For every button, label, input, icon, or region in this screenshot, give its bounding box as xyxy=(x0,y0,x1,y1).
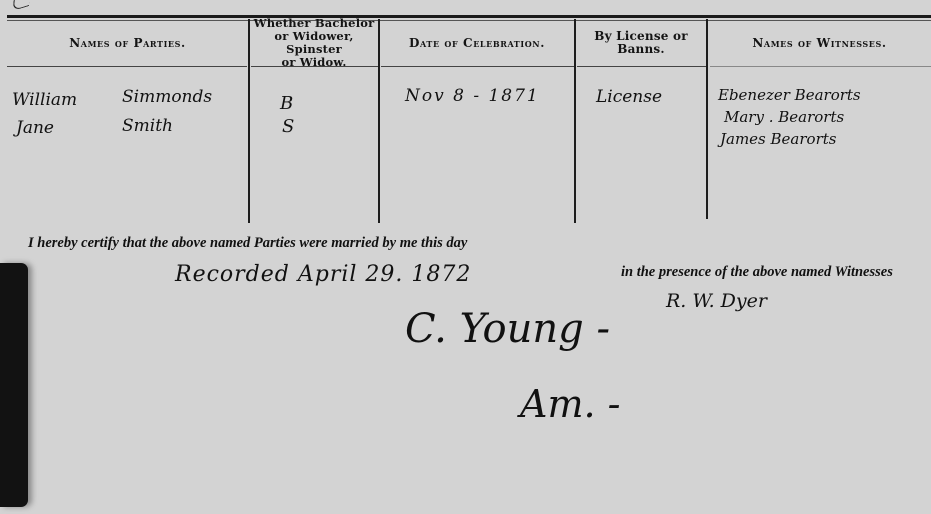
header-names-of-parties: Names of Parties. xyxy=(7,20,248,66)
party-2-given-name: Jane xyxy=(16,118,54,138)
top-rule xyxy=(7,15,931,18)
license-or-banns-value: License xyxy=(596,87,662,107)
header-label: Names of Witnesses. xyxy=(752,37,886,50)
header-names-of-witnesses: Names of Witnesses. xyxy=(708,20,931,66)
party-1-surname: Simmonds xyxy=(122,87,212,107)
register-page: Names of Parties. Whether Bachelor or Wi… xyxy=(0,0,931,514)
presence-statement: in the presence of the above named Witne… xyxy=(621,264,893,281)
header-label: Date of Celebration. xyxy=(409,37,545,50)
officiant-signature-line2: Am. - xyxy=(520,382,620,426)
page-edge-tab xyxy=(0,263,28,507)
party-2-condition: S xyxy=(282,116,294,137)
header-condition: Whether Bachelor or Widower, Spinster or… xyxy=(250,20,378,66)
header-rule xyxy=(577,66,706,67)
officiant-signature-line1: C. Young - xyxy=(405,306,610,352)
header-license-or-banns: By License or Banns. xyxy=(576,20,706,66)
header-rule xyxy=(7,66,247,67)
date-of-celebration: Nov 8 - 1871 xyxy=(405,86,540,106)
header-rule xyxy=(710,66,931,67)
pen-mark xyxy=(13,0,31,11)
header-label: Names of Parties. xyxy=(69,37,186,50)
witness-3: James Bearorts xyxy=(720,130,836,148)
header-label: or Widower, Spinster xyxy=(250,30,378,56)
recorded-date: Recorded April 29. 1872 xyxy=(175,262,471,287)
header-label: or Widow. xyxy=(281,56,346,69)
witness-signature: R. W. Dyer xyxy=(666,290,767,312)
header-date-of-celebration: Date of Celebration. xyxy=(380,20,574,66)
witness-2: Mary . Bearorts xyxy=(724,108,844,126)
witness-1: Ebenezer Bearorts xyxy=(718,86,861,104)
party-1-condition: B xyxy=(280,93,293,114)
header-label: By License or Banns. xyxy=(576,30,706,56)
party-2-surname: Smith xyxy=(122,116,173,136)
certification-statement: I hereby certify that the above named Pa… xyxy=(28,235,467,252)
party-1-given-name: William xyxy=(12,90,77,110)
header-rule xyxy=(381,66,574,67)
